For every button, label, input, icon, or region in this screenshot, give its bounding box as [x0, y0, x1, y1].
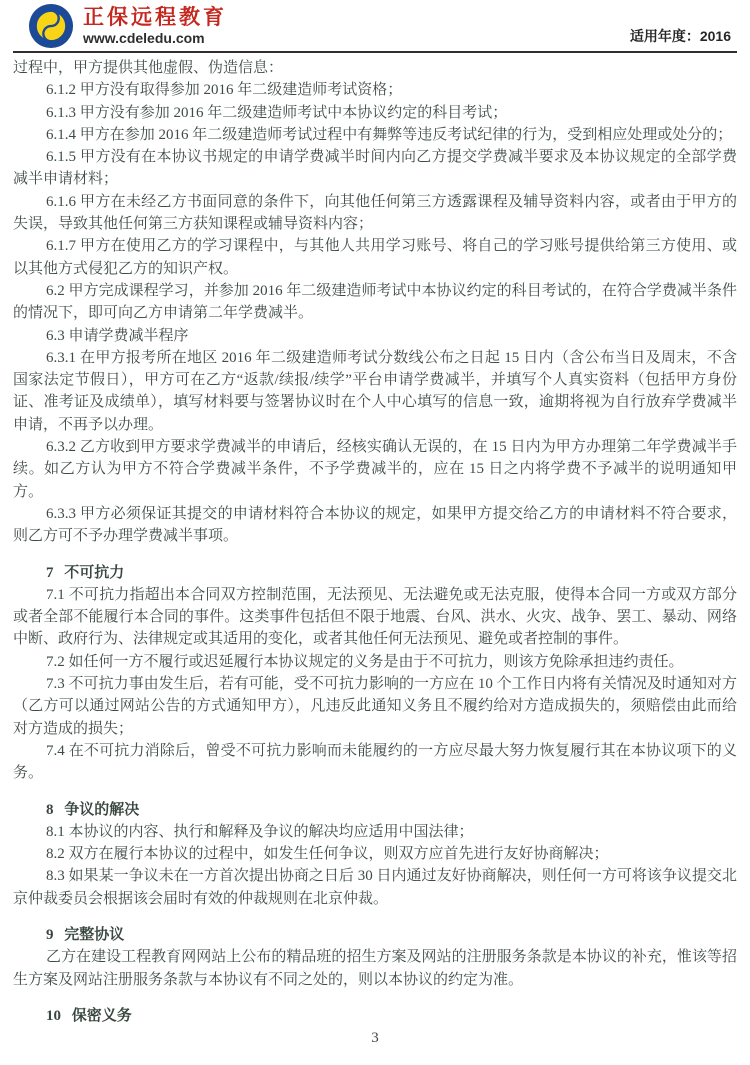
paragraph: 过程中，甲方提供其他虚假、伪造信息：: [13, 57, 737, 79]
applicable-year-label: 适用年度：2016: [630, 26, 737, 51]
paragraph: 7.3 不可抗力事由发生后，若有可能，受不可抗力影响的一方应在 10 个工作日内…: [13, 673, 737, 740]
paragraph: 7.2 如任何一方不履行或迟延履行本协议规定的义务是由于不可抗力，则该方免除承担…: [13, 651, 737, 673]
paragraph: 6.3.1 在甲方报考所在地区 2016 年二级建造师考试分数线公布之日起 15…: [13, 347, 737, 436]
brand-text: 正保远程教育 www.cdeledu.com: [83, 6, 227, 47]
brand-url: www.cdeledu.com: [83, 30, 227, 47]
paragraph: 6.2 甲方完成课程学习，并参加 2016 年二级建造师考试中本协议约定的科目考…: [13, 280, 737, 325]
document-body: 过程中，甲方提供其他虚假、伪造信息：6.1.2 甲方没有取得参加 2016 年二…: [13, 57, 737, 1027]
brand-block: 正保远程教育 www.cdeledu.com: [13, 0, 227, 51]
paragraph: 6.1.2 甲方没有取得参加 2016 年二级建造师考试资格；: [13, 79, 737, 101]
page-number: 3: [0, 1030, 750, 1047]
cdel-swirl-logo-icon: [28, 3, 74, 49]
brand-name: 正保远程教育: [83, 6, 227, 30]
paragraph: 6.1.6 甲方在未经乙方书面同意的条件下，向其他任何第三方透露课程及辅导资料内…: [13, 191, 737, 236]
section-heading: 8 争议的解决: [13, 799, 737, 821]
section-heading: 9 完整协议: [13, 924, 737, 946]
paragraph: 6.3 申请学费减半程序: [13, 325, 737, 347]
section-heading: 7 不可抗力: [13, 562, 737, 584]
paragraph: 6.1.4 甲方在参加 2016 年二级建造师考试过程中有舞弊等违反考试纪律的行…: [13, 124, 737, 146]
paragraph: 6.3.2 乙方收到甲方要求学费减半的申请后，经核实确认无误的，在 15 日内为…: [13, 436, 737, 503]
paragraph: 乙方在建设工程教育网网站上公布的精品班的招生方案及网站的注册服务条款是本协议的补…: [13, 946, 737, 991]
paragraph: 6.1.3 甲方没有参加 2016 年二级建造师考试中本协议约定的科目考试；: [13, 102, 737, 124]
document-page: 正保远程教育 www.cdeledu.com 适用年度：2016 过程中，甲方提…: [0, 0, 750, 1065]
paragraph: 8.3 如果某一争议未在一方首次提出协商之日后 30 日内通过友好协商解决，则任…: [13, 865, 737, 910]
section-heading: 10 保密义务: [13, 1005, 737, 1027]
paragraph: 8.1 本协议的内容、执行和解释及争议的解决均应适用中国法律；: [13, 821, 737, 843]
page-header: 正保远程教育 www.cdeledu.com 适用年度：2016: [13, 0, 737, 53]
paragraph: 6.1.5 甲方没有在本协议书规定的申请学费减半时间内向乙方提交学费减半要求及本…: [13, 146, 737, 191]
paragraph: 7.1 不可抗力指超出本合同双方控制范围，无法预见、无法避免或无法克服，使得本合…: [13, 584, 737, 651]
paragraph: 6.1.7 甲方在使用乙方的学习课程中，与其他人共用学习账号、将自己的学习账号提…: [13, 235, 737, 280]
paragraph: 6.3.3 甲方必须保证其提交的申请材料符合本协议的规定，如果甲方提交给乙方的申…: [13, 503, 737, 548]
paragraph: 8.2 双方在履行本协议的过程中，如发生任何争议，则双方应首先进行友好协商解决；: [13, 843, 737, 865]
paragraph: 7.4 在不可抗力消除后，曾受不可抗力影响而未能履约的一方应尽最大努力恢复履行其…: [13, 740, 737, 785]
